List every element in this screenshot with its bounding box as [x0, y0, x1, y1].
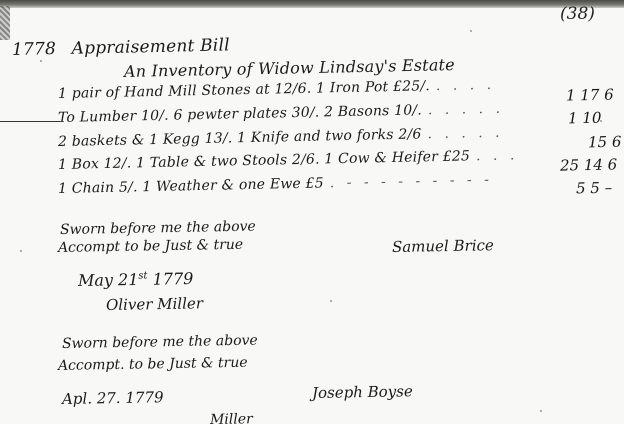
- folio-number: (38): [560, 4, 595, 24]
- item-description: 1 Chain 5/. 1 Weather & one Ewe £5: [58, 175, 324, 197]
- title-year: 1778: [12, 39, 56, 60]
- scan-speck: [40, 60, 42, 62]
- scanned-document-page: (38) 1778 Appraisement Bill An Inventory…: [0, 0, 624, 424]
- item-description: 2 baskets & 1 Kegg 13/. 1 Knife and two …: [58, 126, 422, 150]
- inventory-item: To Lumber 10/. 6 pewter plates 30/. 2 Ba…: [58, 101, 504, 126]
- item-description: To Lumber 10/. 6 pewter plates 30/. 2 Ba…: [58, 102, 422, 126]
- item-amount: 1 17 6: [566, 86, 614, 105]
- scan-corner-artifact: [0, 6, 10, 40]
- appraiser-signature: Samuel Brice: [392, 236, 494, 256]
- scan-speck: [540, 410, 542, 412]
- inventory-item: 2 baskets & 1 Kegg 13/. 1 Knife and two …: [58, 125, 504, 150]
- scan-speck: [470, 30, 472, 32]
- oath-1-signature: Oliver Miller: [106, 294, 203, 314]
- scan-speck: [20, 250, 22, 252]
- oath-2-line-1: Sworn before me the above: [62, 333, 258, 352]
- scan-top-edge: [0, 0, 624, 8]
- item-description: 1 pair of Hand Mill Stones at 12/6. 1 Ir…: [58, 78, 430, 102]
- scan-speck: [330, 300, 332, 302]
- item-amount: 15 6: [588, 133, 622, 152]
- document-title: 1778 Appraisement Bill: [12, 35, 230, 60]
- inventory-item: 1 Chain 5/. 1 Weather & one Ewe £5. - - …: [58, 172, 493, 197]
- item-amount: 1 10: [568, 109, 602, 128]
- oath-1-date: May 21st 1779: [78, 269, 194, 290]
- item-amount: 5 5 –: [576, 179, 612, 198]
- item-description: 1 Box 12/. 1 Table & two Stools 2/6. 1 C…: [58, 148, 470, 173]
- oath-2-line-2: Accompt. to be Just & true: [58, 355, 248, 374]
- item-amount: 25 14 6: [560, 155, 618, 174]
- document-subtitle: An Inventory of Widow Lindsay's Estate: [124, 55, 455, 81]
- oath-1-line-2: Accompt to be Just & true: [58, 237, 243, 256]
- scan-speck: [600, 120, 602, 122]
- second-signature: Joseph Boyse: [312, 382, 413, 402]
- title-text: Appraisement Bill: [71, 35, 229, 58]
- oath-2-date: Apl. 27. 1779: [62, 388, 164, 408]
- margin-rule: [0, 121, 60, 122]
- oath-2-signature-partial: Miller: [210, 411, 253, 424]
- oath-1-line-1: Sworn before me the above: [60, 219, 256, 238]
- inventory-item: 1 Box 12/. 1 Table & two Stools 2/6. 1 C…: [58, 147, 519, 173]
